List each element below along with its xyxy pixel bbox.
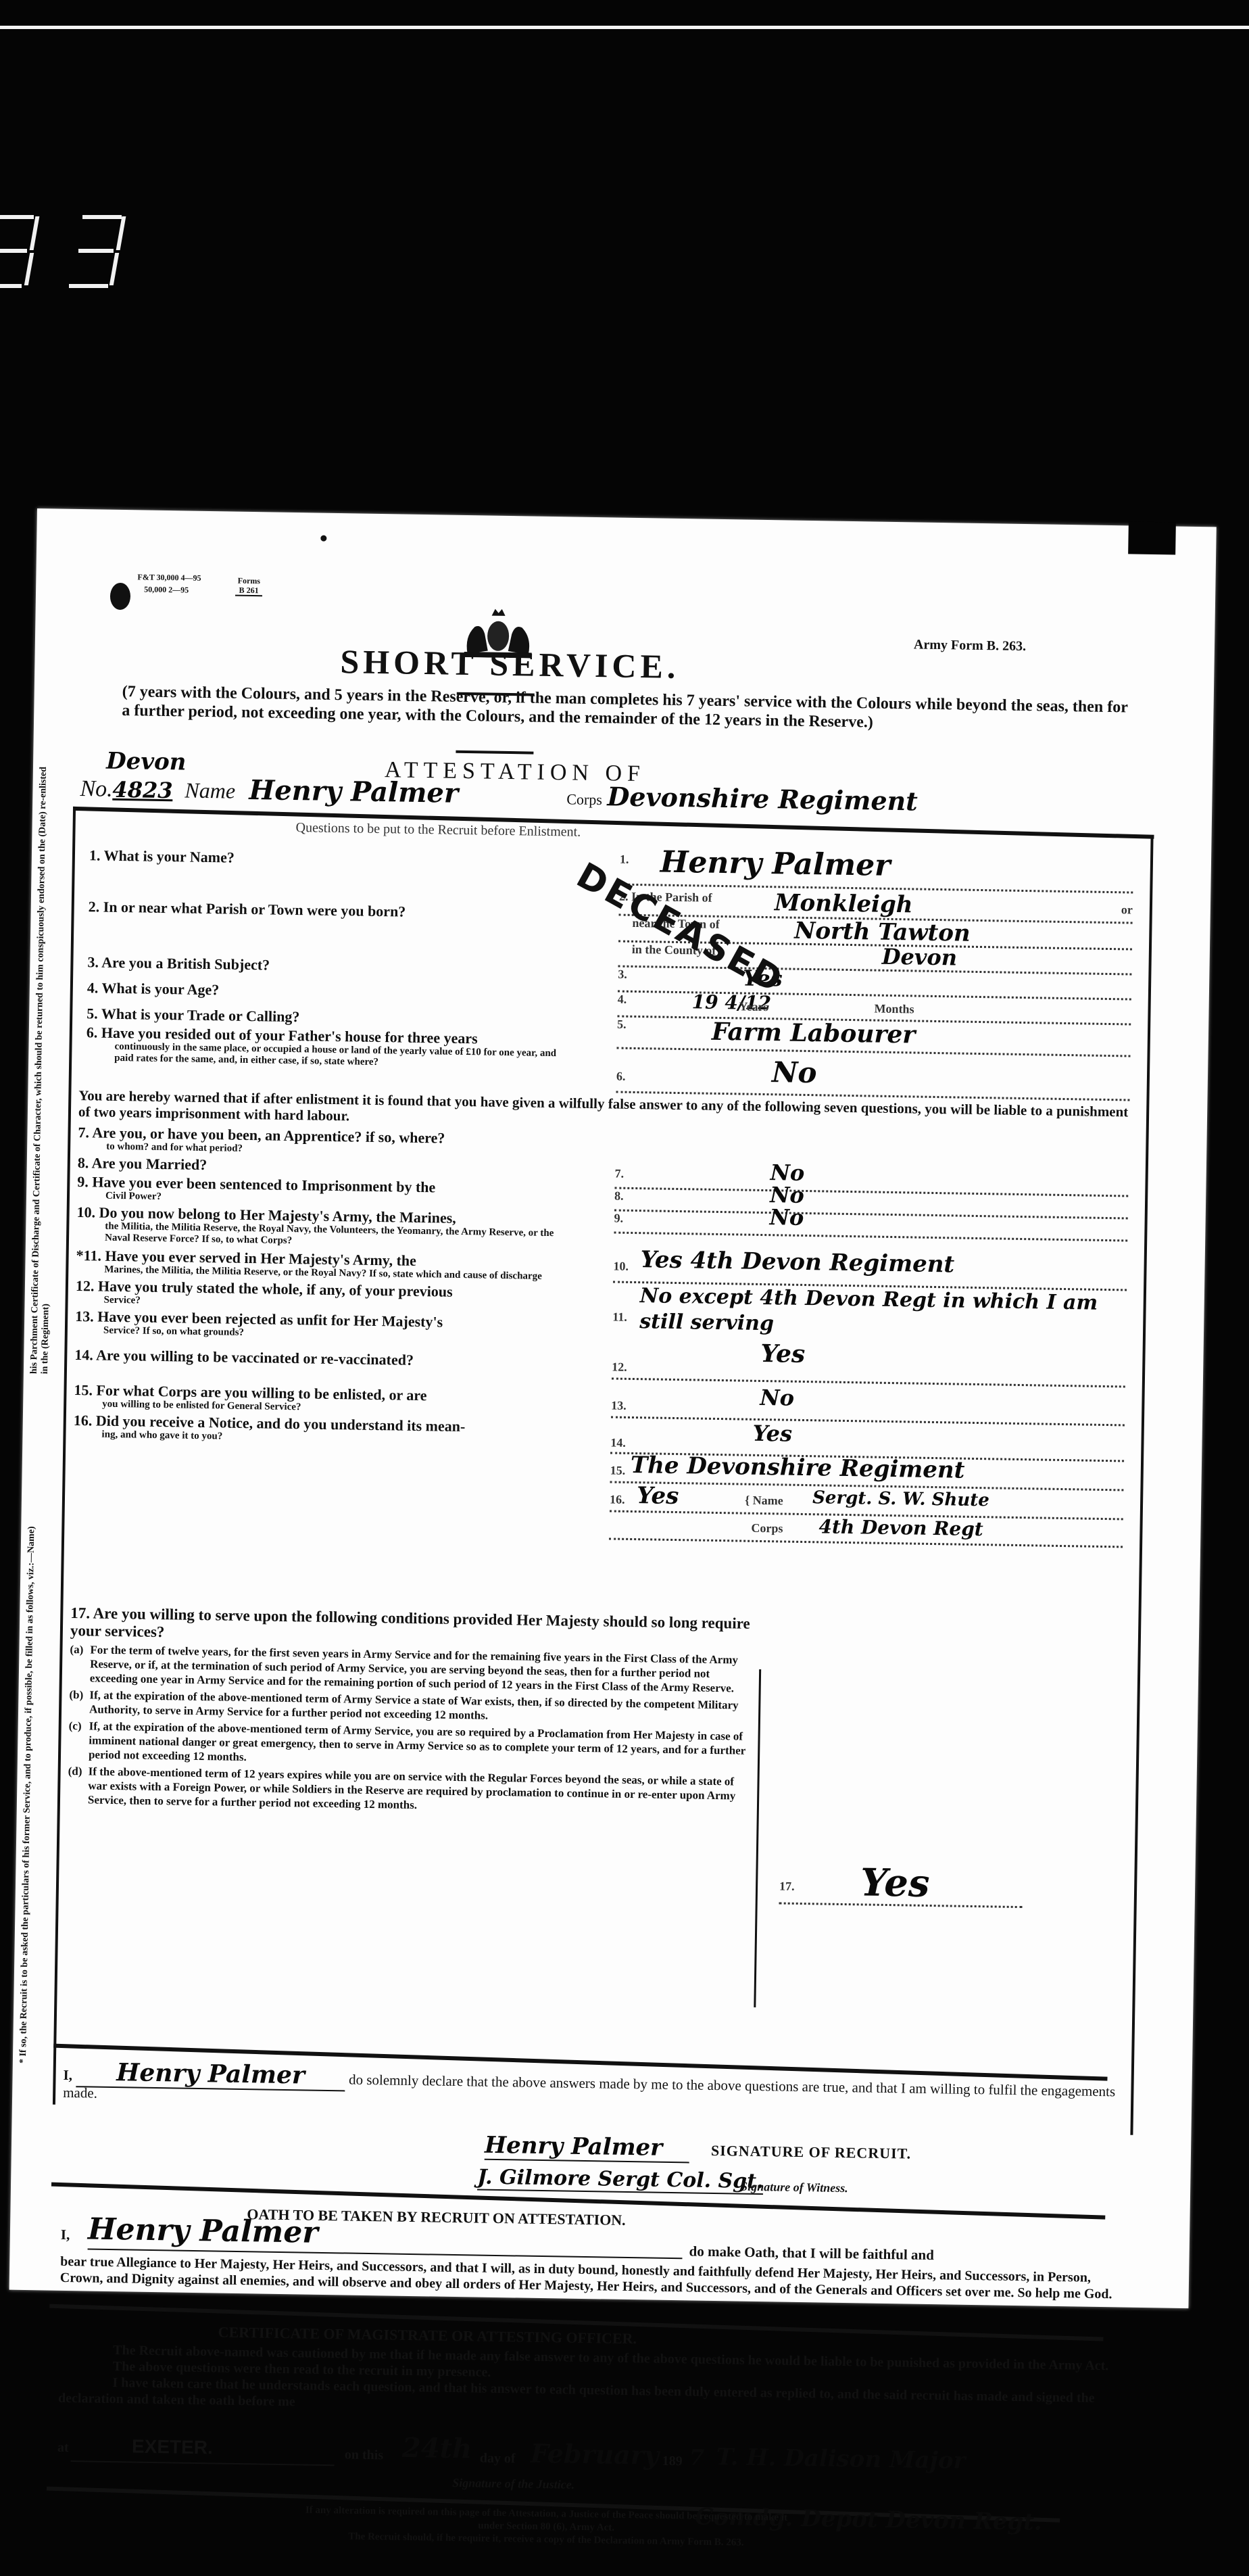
question-4: 4. What is your Age? <box>87 980 574 1003</box>
answers-1-6: 1. Henry Palmer 2. In the Parish of Monk… <box>616 853 1133 1101</box>
answer-1: Henry Palmer <box>660 845 890 883</box>
answer-13: No <box>760 1385 794 1411</box>
answer-15: The Devonshire Regiment <box>631 1452 965 1484</box>
top-border-line <box>0 26 1249 29</box>
answer-9: No <box>769 1204 804 1231</box>
answer-17: Yes <box>860 1860 930 1906</box>
answer-16: Yes <box>637 1482 679 1510</box>
margin-note-upper: his Parchment Certificate of Discharge a… <box>29 765 60 1374</box>
witness-signature-label: Signature of Witness. <box>741 2180 848 2195</box>
recruit-signature-label: SIGNATURE OF RECRUIT. <box>711 2142 912 2163</box>
birth-county: Devon <box>881 944 957 971</box>
recruit-signature: Henry Palmer <box>485 2132 690 2164</box>
regimental-number: 4823 <box>112 777 173 803</box>
q17-divider <box>754 1669 761 2007</box>
questions-7-16: 7. Are you, or have you been, an Apprent… <box>73 1124 574 1448</box>
form-title: SHORT SERVICE. <box>340 642 680 686</box>
intro-underline <box>456 750 533 755</box>
attestation-day: 24th <box>402 2432 472 2465</box>
condition-c: (c)If, at the expiration of the above-me… <box>68 1719 752 1772</box>
attestation-year: 7 <box>689 2445 705 2471</box>
question-1: 1. What is your Name? <box>89 847 576 871</box>
answer-14: Yes <box>752 1421 792 1447</box>
answer-6: No <box>772 1055 817 1089</box>
certificate-date-line: at EXETER. on this 24th day of February … <box>57 2431 1112 2481</box>
forms-ref: Forms B 261 <box>235 576 262 597</box>
frame-number: 33 <box>0 215 135 289</box>
attesting-officer-signature: T. H. Dalison Major <box>716 2443 966 2475</box>
ink-blot <box>110 583 131 610</box>
question-17: 17. Are you willing to serve upon the fo… <box>68 1604 754 1817</box>
recruit-name: Henry Palmer <box>249 774 458 809</box>
question-14: 14. Are you willing to be vaccinated or … <box>74 1347 571 1371</box>
corps-label: Corps <box>566 790 602 809</box>
attestation-form: F&T 30,000 4—95 50,000 2—95 Forms B 261 … <box>9 508 1217 2308</box>
q17-answer-line: 17. Yes <box>779 1880 1023 1909</box>
condition-a: (a)For the term of twelve years, for the… <box>70 1642 753 1696</box>
oath-signature: Henry Palmer <box>88 2212 318 2249</box>
declaration-block: I, Henry Palmer do solemnly declare that… <box>63 2063 1118 2118</box>
margin-note-lower: * If so, the Recruit is to be asked the … <box>18 1387 40 2064</box>
witness-signature: J. Gilmore Sergt Col. Sgt. <box>477 2166 764 2195</box>
answer-5: Farm Labourer <box>712 1018 916 1049</box>
answer-10: Yes 4th Devon Regiment <box>640 1246 954 1278</box>
questions-heading: Questions to be put to the Recruit befor… <box>295 820 581 840</box>
condition-d: (d)If the above-mentioned term of 12 yea… <box>68 1764 751 1817</box>
declaration-signature: Henry Palmer <box>76 2057 345 2091</box>
certificate-heading: CERTIFICATE OF MAGISTRATE OR ATTESTING O… <box>218 2324 637 2348</box>
printer-ref-1: F&T 30,000 4—95 <box>137 572 201 582</box>
corps-value: Devonshire Regiment <box>607 781 918 816</box>
certificate-body: The Recruit above-named was cautioned by… <box>58 2341 1113 2423</box>
name-label: Name <box>185 778 235 803</box>
answer-11: No except 4th Devon Regt in which I am s… <box>639 1283 1113 1342</box>
birth-town: North Tawton <box>794 917 971 947</box>
attestation-place: EXETER. <box>132 2436 213 2459</box>
justice-signature-label: Signature of the Justice. <box>452 2476 574 2492</box>
question-2: 2. In or near what Parish or Town were y… <box>89 899 575 922</box>
oath-block: I, Henry Palmer do make Oath, that I wil… <box>60 2226 1115 2302</box>
service-terms-intro: (7 years with the Colours, and 5 years i… <box>122 682 1136 736</box>
number-label: No. <box>80 776 113 803</box>
paper-torn-corner <box>1128 521 1176 554</box>
birth-parish: Monkleigh <box>775 889 913 918</box>
punch-hole <box>320 535 326 542</box>
box-right-rule <box>1130 837 1153 2135</box>
regiment-county: Devon <box>106 748 187 776</box>
notice-given-by: Sergt. S. W. Shute <box>812 1487 989 1510</box>
printer-ref-2: 50,000 2—95 <box>144 584 189 594</box>
answer-12: Yes <box>760 1339 805 1368</box>
question-3: 3. Are you a British Subject? <box>87 954 574 978</box>
questions-1-6: 1. What is your Name? 2. In or near what… <box>86 847 576 1071</box>
answers-7-16: 7.No 8.No 9.No 10.Yes 4th Devon Regiment… <box>609 1167 1129 1548</box>
form-number: Army Form B. 263. <box>914 637 1026 654</box>
notice-corps: 4th Devon Regt <box>818 1515 983 1540</box>
attestation-month: February <box>531 2438 660 2471</box>
